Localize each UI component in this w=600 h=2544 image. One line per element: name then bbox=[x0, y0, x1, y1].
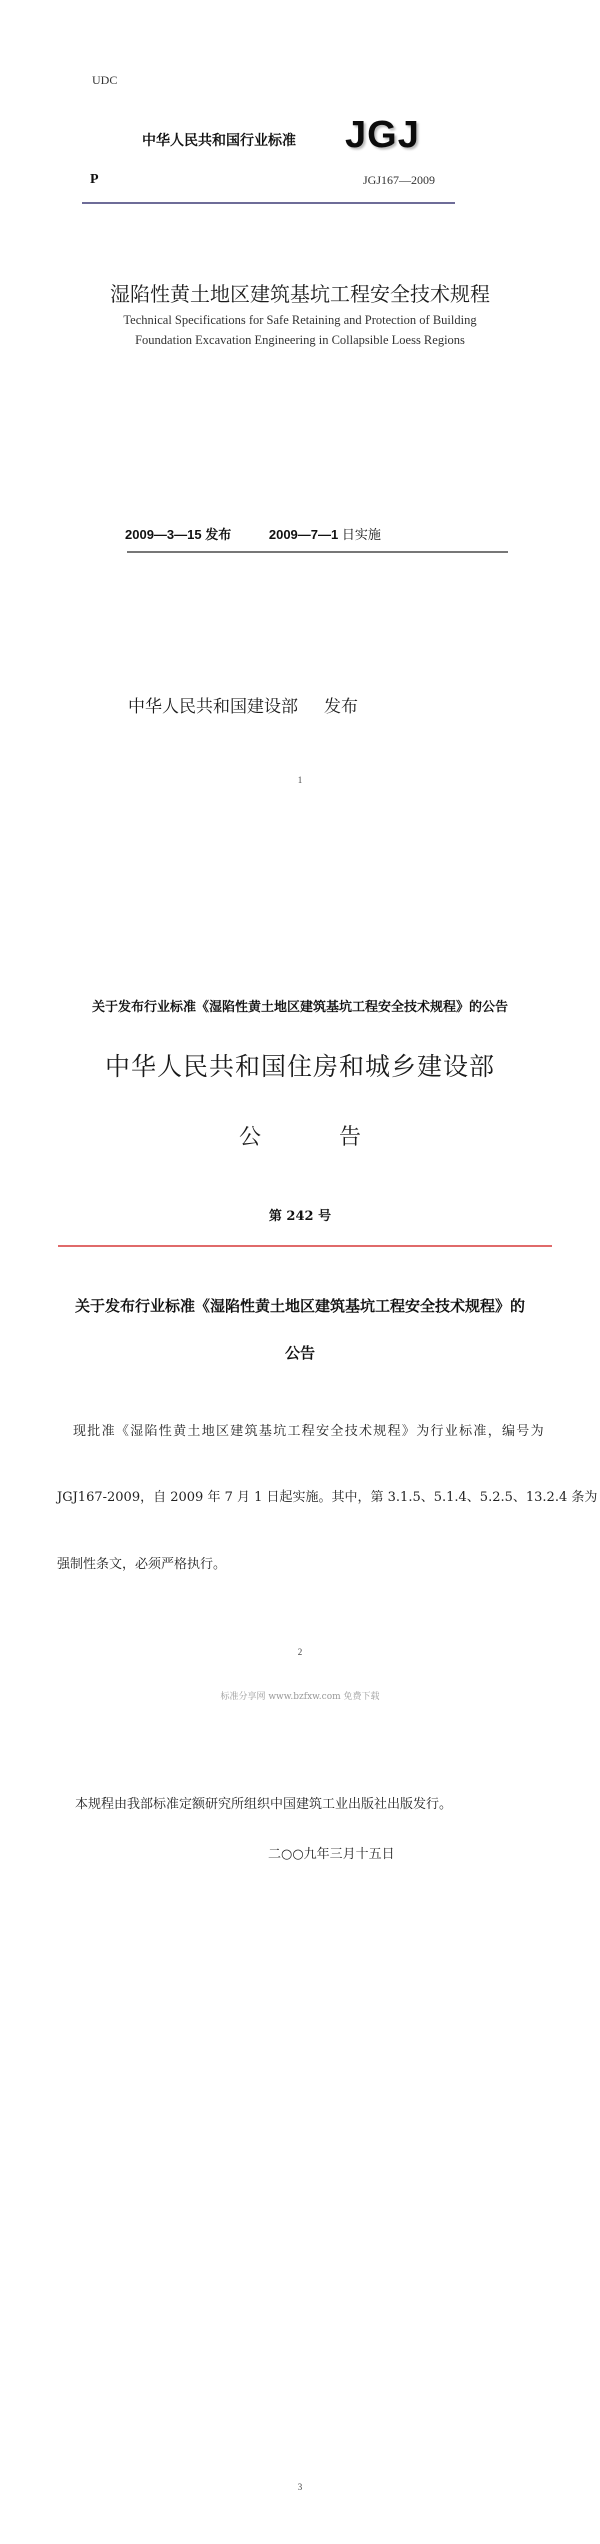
page-number-1: 1 bbox=[0, 775, 600, 785]
gonggao-heading: 公告 bbox=[0, 1120, 600, 1151]
issue-number: 第 242 号 bbox=[0, 1205, 600, 1224]
issuer: 中华人民共和国建设部发布 bbox=[128, 692, 358, 717]
title-en-line2: Foundation Excavation Engineering in Col… bbox=[0, 333, 600, 348]
standard-type: 中华人民共和国行业标准 bbox=[142, 130, 296, 150]
issue-date: 2009—3—15 发布 bbox=[125, 527, 231, 542]
dates-row: 2009—3—15 发布 2009—7—1 日实施 bbox=[125, 524, 381, 543]
announcement-title-line1: 关于发布行业标准《湿陷性黄土地区建筑基坑工程安全技术规程》的 bbox=[0, 1295, 600, 1316]
issuer-name: 中华人民共和国建设部 bbox=[128, 697, 298, 717]
gonggao-char1: 公 bbox=[239, 1120, 261, 1151]
implement-date-text: 日实施 bbox=[338, 527, 381, 542]
standard-number: JGJ167—2009 bbox=[363, 173, 435, 188]
watermark: 标准分享网 www.bzfxw.com 免费下载 bbox=[0, 1689, 600, 1702]
notice-heading: 关于发布行业标准《湿陷性黄土地区建筑基坑工程安全技术规程》的公告 bbox=[0, 996, 600, 1015]
issuer-action: 发布 bbox=[324, 697, 358, 717]
sign-date: 二○○九年三月十五日 bbox=[268, 1843, 395, 1862]
red-divider bbox=[58, 1245, 552, 1247]
ministry-name: 中华人民共和国住房和城乡建设部 bbox=[0, 1047, 600, 1083]
body-line2: JGJ167-2009，自 2009 年 7 月 1 日起实施。其中，第 3.1… bbox=[57, 1486, 597, 1505]
page-number-2: 2 bbox=[0, 1647, 600, 1657]
title-en-line1: Technical Specifications for Safe Retain… bbox=[0, 313, 600, 328]
title-cn: 湿陷性黄土地区建筑基坑工程安全技术规程 bbox=[0, 278, 600, 307]
jgj-logo: JGJ bbox=[345, 114, 420, 157]
implement-date-num: 2009—7—1 bbox=[269, 527, 338, 542]
page-number-3: 3 bbox=[0, 2482, 600, 2492]
body-line1: 现批准《湿陷性黄土地区建筑基坑工程安全技术规程》为行业标准，编号为 bbox=[73, 1420, 545, 1439]
udc-label: UDC bbox=[92, 73, 117, 88]
implement-date: 2009—7—1 日实施 bbox=[269, 527, 381, 542]
announcement-title-line2: 公告 bbox=[0, 1342, 600, 1363]
cover-divider bbox=[82, 202, 455, 204]
body-line3: 强制性条文，必须严格执行。 bbox=[57, 1553, 226, 1572]
gonggao-char2: 告 bbox=[339, 1120, 361, 1151]
classification-code: P bbox=[90, 172, 99, 188]
dates-divider bbox=[127, 551, 508, 553]
publish-note: 本规程由我部标准定额研究所组织中国建筑工业出版社出版发行。 bbox=[75, 1793, 452, 1812]
